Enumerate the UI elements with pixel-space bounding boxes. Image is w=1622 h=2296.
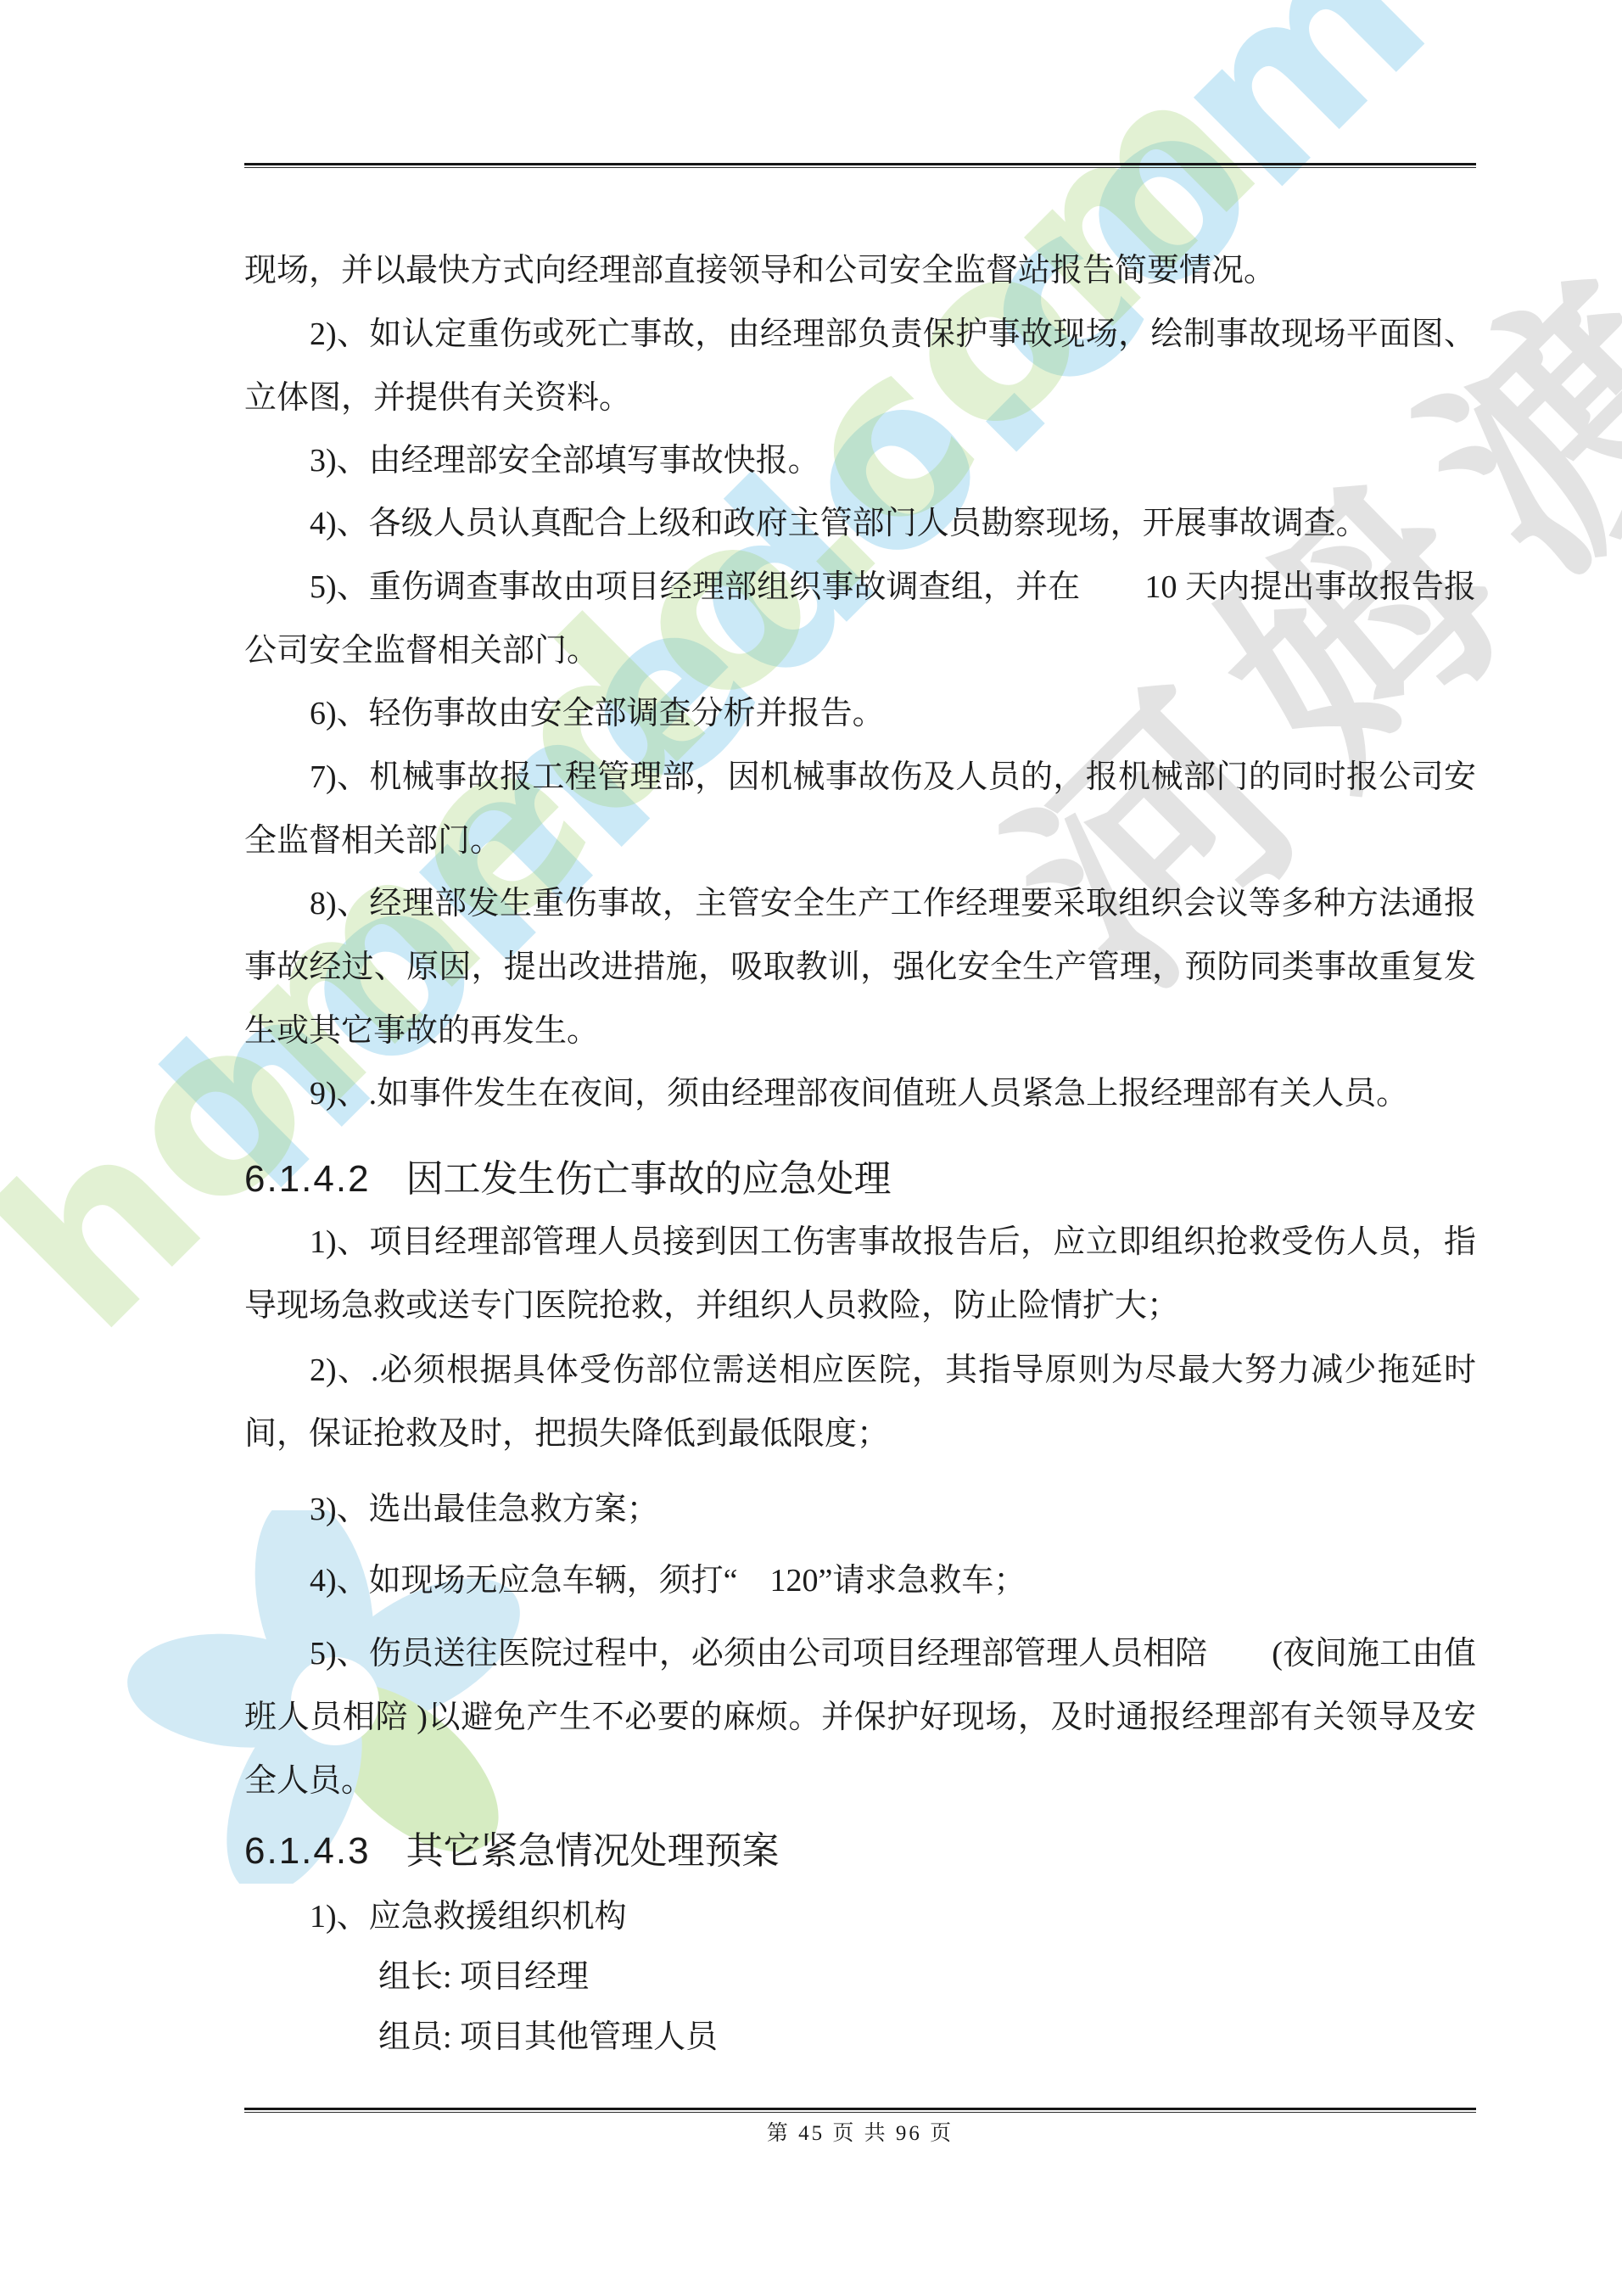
section-number: 6.1.4.2 xyxy=(244,1158,371,1200)
list-item: 7)、机械事故报工程管理部，因机械事故伤及人员的，报机械部门的同时报公司安全监督… xyxy=(244,746,1476,873)
section-heading: 6.1.4.2因工发生伤亡事故的应急处理 xyxy=(244,1145,1476,1213)
document-page: homedo.com homedo.com 河姆渡 现场，并以最快方式向经理部直… xyxy=(0,0,1622,2296)
list-item: 9)、.如事件发生在夜间，须由经理部夜间值班人员紧急上报经理部有关人员。 xyxy=(244,1062,1476,1126)
list-item: 1)、项目经理部管理人员接到因工伤害事故报告后，应立即组织抢救受伤人员，指导现场… xyxy=(244,1211,1476,1338)
section-heading: 6.1.4.3其它紧急情况处理预案 xyxy=(244,1817,1476,1885)
list-item: 3)、选出最佳急救方案； xyxy=(244,1478,1476,1542)
list-item: 5)、重伤调查事故由项目经理部组织事故调查组，并在 10 天内提出事故报告报公司… xyxy=(244,556,1476,683)
list-item: 3)、由经理部安全部填写事故快报。 xyxy=(244,429,1476,493)
paragraph: 组长: 项目经理 xyxy=(244,1946,1476,2009)
list-item: 6)、轻伤事故由安全部调查分析并报告。 xyxy=(244,682,1476,746)
paragraph: 组员: 项目其他管理人员 xyxy=(244,2006,1476,2069)
section-number: 6.1.4.3 xyxy=(244,1830,371,1872)
list-item: 2)、.必须根据具体受伤部位需送相应医院，其指导原则为尽最大努力减少拖延时间，保… xyxy=(244,1339,1476,1466)
section-title: 因工发生伤亡事故的应急处理 xyxy=(406,1158,892,1200)
list-item: 4)、各级人员认真配合上级和政府主管部门人员勘察现场，开展事故调查。 xyxy=(244,492,1476,556)
header-rule xyxy=(244,163,1476,168)
list-item: 4)、如现场无应急车辆，须打“ 120”请求急救车； xyxy=(244,1549,1476,1613)
paragraph: 现场，并以最快方式向经理部直接领导和公司安全监督站报告简要情况。 xyxy=(244,239,1476,303)
list-item: 8)、经理部发生重伤事故，主管安全生产工作经理要采取组织会议等多种方法通报事故经… xyxy=(244,872,1476,1063)
list-item: 5)、伤员送往医院过程中，必须由公司项目经理部管理人员相陪 (夜间施工由值班人员… xyxy=(244,1622,1476,1813)
list-item: 2)、如认定重伤或死亡事故，由经理部负责保护事故现场，绘制事故现场平面图、立体图… xyxy=(244,303,1476,430)
section-title: 其它紧急情况处理预案 xyxy=(406,1830,780,1872)
list-item: 1)、应急救援组织机构 xyxy=(244,1885,1476,1949)
footer-rule xyxy=(244,2108,1476,2113)
footer-page-number: 第 45 页 共 96 页 xyxy=(244,2114,1476,2153)
